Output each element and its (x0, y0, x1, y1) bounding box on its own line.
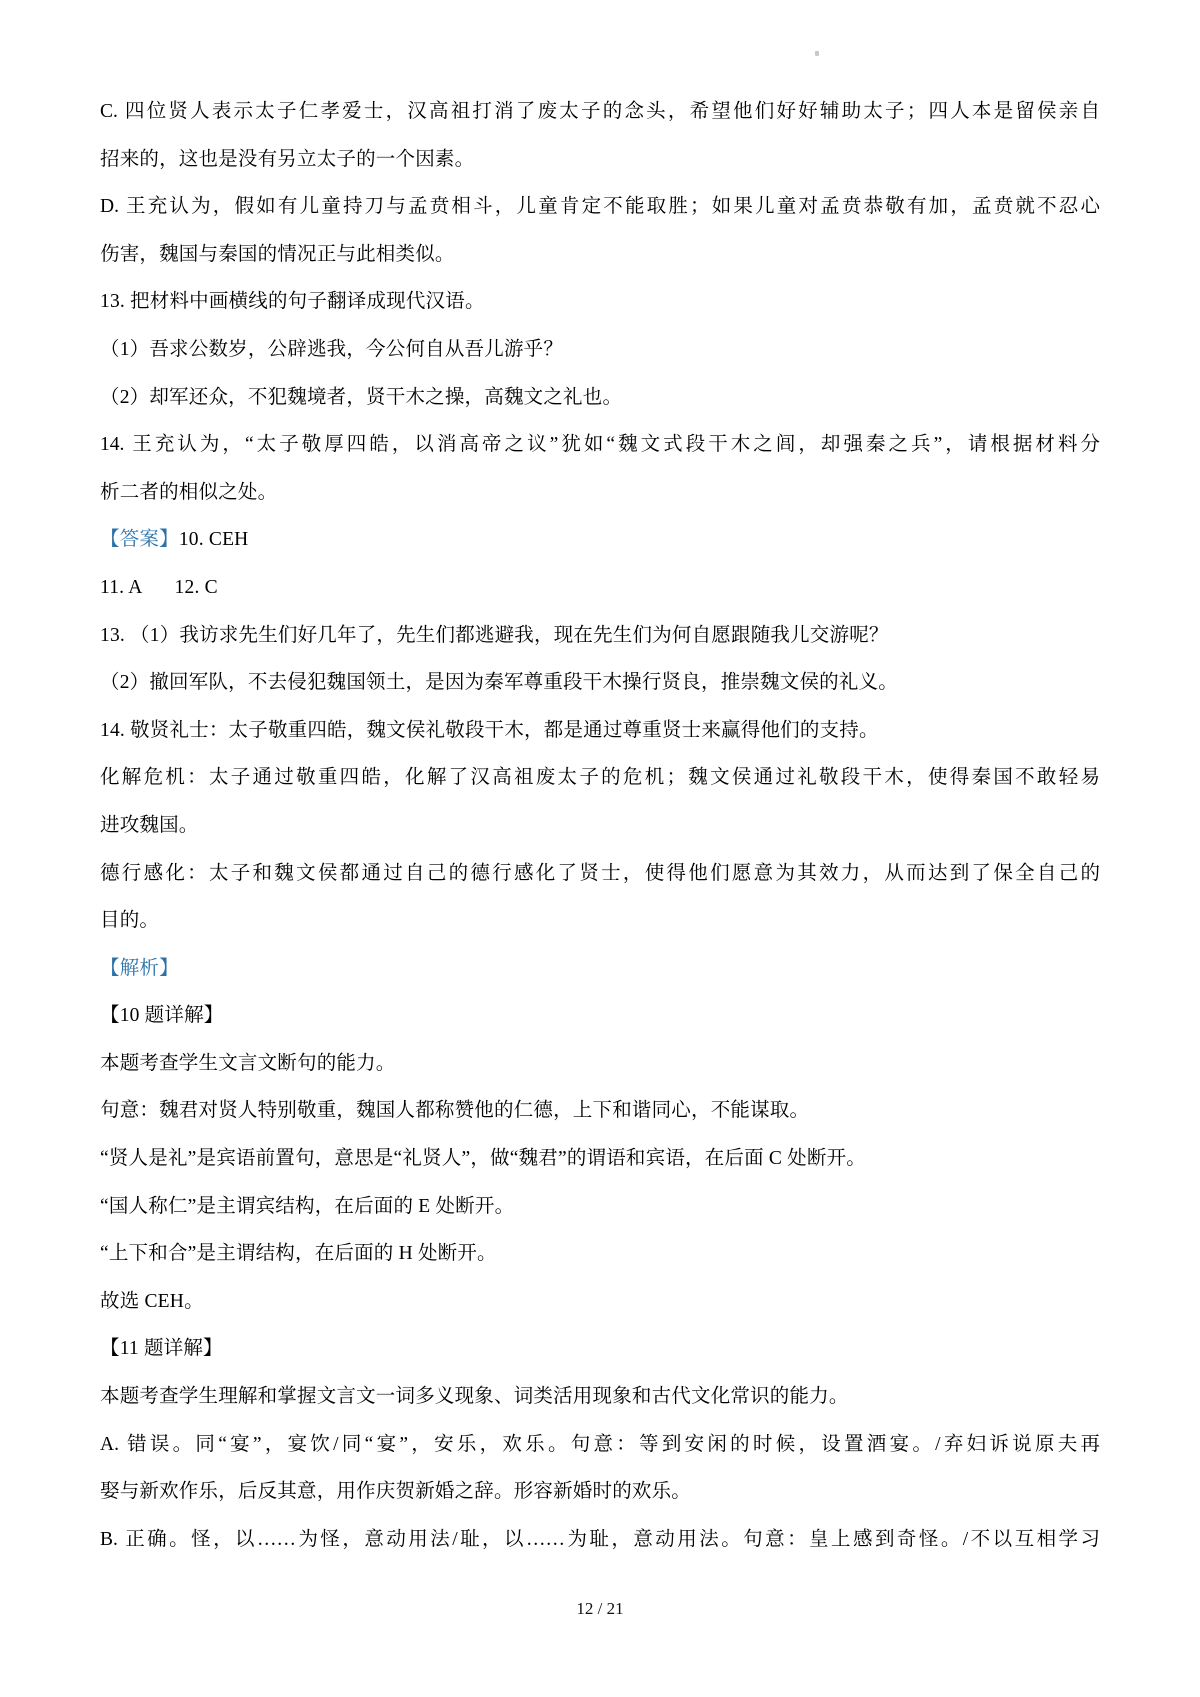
text-segment: A. 错误。同“宴”，宴饮/同“宴”，安乐，欢乐。句意：等到安闲的时候，设置酒宴… (100, 1434, 1100, 1455)
text-line: 【答案】10. CEH (100, 516, 1100, 564)
text-line: 【10 题详解】 (100, 992, 1100, 1040)
text-line: （2）却军还众，不犯魏境者，贤干木之操，高魏文之礼也。 (100, 374, 1100, 422)
text-line: 13. 把材料中画横线的句子翻译成现代汉语。 (100, 278, 1100, 326)
text-line: 伤害，魏国与秦国的情况正与此相类似。 (100, 231, 1100, 279)
text-segment: 目的。 (100, 910, 159, 931)
text-segment: 14. 王充认为，“太子敬厚四皓，以消高帝之议”犹如“魏文式段干木之闾，却强秦之… (100, 434, 1100, 455)
text-line: 招来的，这也是没有另立太子的一个因素。 (100, 136, 1100, 184)
text-segment: 招来的，这也是没有另立太子的一个因素。 (100, 149, 474, 170)
text-segment: 10. CEH (179, 529, 249, 550)
text-segment: 14. 敬贤礼士：太子敬重四皓，魏文侯礼敬段干木，都是通过尊重贤士来赢得他们的支… (100, 720, 879, 741)
text-line: “国人称仁”是主谓宾结构，在后面的 E 处断开。 (100, 1183, 1100, 1231)
text-segment: 化解危机：太子通过敬重四皓，化解了汉高祖废太子的危机；魏文侯通过礼敬段干木，使得… (100, 767, 1100, 788)
text-segment: D. 王充认为，假如有儿童持刀与孟贲相斗，儿童肯定不能取胜；如果儿童对孟贲恭敬有… (100, 196, 1100, 217)
document-page: { "page": { "footer": "12 / 21" }, "colo… (0, 0, 1200, 1697)
text-line: 娶与新欢作乐，后反其意，用作庆贺新婚之辞。形容新婚时的欢乐。 (100, 1468, 1100, 1516)
text-line: 进攻魏国。 (100, 802, 1100, 850)
text-segment: 12. C (175, 577, 218, 598)
text-segment: 伤害，魏国与秦国的情况正与此相类似。 (100, 244, 455, 265)
text-line: D. 王充认为，假如有儿童持刀与孟贲相斗，儿童肯定不能取胜；如果儿童对孟贲恭敬有… (100, 183, 1100, 231)
text-segment: 德行感化：太子和魏文侯都通过自己的德行感化了贤士，使得他们愿意为其效力，从而达到… (100, 863, 1100, 884)
text-segment: 13. （1）我访求先生们好几年了，先生们都逃避我，现在先生们为何自愿跟随我儿交… (100, 625, 889, 646)
text-line: 句意：魏君对贤人特别敬重，魏国人都称赞他的仁德，上下和谐同心，不能谋取。 (100, 1087, 1100, 1135)
text-segment: （2）却军还众，不犯魏境者，贤干木之操，高魏文之礼也。 (100, 387, 622, 408)
text-line: （2）撤回军队，不去侵犯魏国领土，是因为秦军尊重段干木操行贤良，推崇魏文侯的礼义… (100, 659, 1100, 707)
text-line: 本题考查学生理解和掌握文言文一词多义现象、词类活用现象和古代文化常识的能力。 (100, 1373, 1100, 1421)
text-segment: （1）吾求公数岁，公辟逃我，今公何自从吾儿游乎？ (100, 339, 563, 360)
text-segment: “贤人是礼”是宾语前置句，意思是“礼贤人”，做“魏君”的谓语和宾语，在后面 C … (100, 1148, 866, 1169)
text-line: 目的。 (100, 897, 1100, 945)
text-segment: C. 四位贤人表示太子仁孝爱士，汉高祖打消了废太子的念头，希望他们好好辅助太子；… (100, 101, 1100, 122)
text-line: 11. A12. C (100, 564, 1100, 612)
text-line: 德行感化：太子和魏文侯都通过自己的德行感化了贤士，使得他们愿意为其效力，从而达到… (100, 850, 1100, 898)
text-line: B. 正确。怪，以……为怪，意动用法/耻，以……为耻，意动用法。句意：皇上感到奇… (100, 1516, 1100, 1564)
text-line: “上下和合”是主谓结构，在后面的 H 处断开。 (100, 1230, 1100, 1278)
text-line: 故选 CEH。 (100, 1278, 1100, 1326)
page-number: 12 / 21 (0, 1596, 1200, 1622)
text-segment: 【11 题详解】 (100, 1338, 223, 1359)
text-line: A. 错误。同“宴”，宴饮/同“宴”，安乐，欢乐。句意：等到安闲的时候，设置酒宴… (100, 1421, 1100, 1469)
text-segment: 本题考查学生文言文断句的能力。 (100, 1053, 396, 1074)
section-label: 【答案】 (100, 529, 179, 550)
text-segment: 13. 把材料中画横线的句子翻译成现代汉语。 (100, 291, 485, 312)
text-line: 化解危机：太子通过敬重四皓，化解了汉高祖废太子的危机；魏文侯通过礼敬段干木，使得… (100, 754, 1100, 802)
text-line: 14. 敬贤礼士：太子敬重四皓，魏文侯礼敬段干木，都是通过尊重贤士来赢得他们的支… (100, 707, 1100, 755)
text-line: “贤人是礼”是宾语前置句，意思是“礼贤人”，做“魏君”的谓语和宾语，在后面 C … (100, 1135, 1100, 1183)
section-label: 【解析】 (100, 958, 179, 979)
text-segment: 【10 题详解】 (100, 1005, 223, 1026)
text-segment: （2）撤回军队，不去侵犯魏国领土，是因为秦军尊重段干木操行贤良，推崇魏文侯的礼义… (100, 672, 898, 693)
text-line: 14. 王充认为，“太子敬厚四皓，以消高帝之议”犹如“魏文式段干木之闾，却强秦之… (100, 421, 1100, 469)
text-line: 13. （1）我访求先生们好几年了，先生们都逃避我，现在先生们为何自愿跟随我儿交… (100, 612, 1100, 660)
text-segment: B. 正确。怪，以……为怪，意动用法/耻，以……为耻，意动用法。句意：皇上感到奇… (100, 1529, 1100, 1550)
text-line: C. 四位贤人表示太子仁孝爱士，汉高祖打消了废太子的念头，希望他们好好辅助太子；… (100, 88, 1100, 136)
text-segment: 析二者的相似之处。 (100, 482, 277, 503)
text-segment: “国人称仁”是主谓宾结构，在后面的 E 处断开。 (100, 1196, 514, 1217)
text-line: （1）吾求公数岁，公辟逃我，今公何自从吾儿游乎？ (100, 326, 1100, 374)
text-segment: 故选 CEH。 (100, 1291, 204, 1312)
text-line: 析二者的相似之处。 (100, 469, 1100, 517)
text-line: 本题考查学生文言文断句的能力。 (100, 1040, 1100, 1088)
text-segment: 进攻魏国。 (100, 815, 199, 836)
document-text-block: C. 四位贤人表示太子仁孝爱士，汉高祖打消了废太子的念头，希望他们好好辅助太子；… (100, 88, 1100, 1563)
text-segment: 句意：魏君对贤人特别敬重，魏国人都称赞他的仁德，上下和谐同心，不能谋取。 (100, 1100, 809, 1121)
text-line: 【解析】 (100, 945, 1100, 993)
text-segment: “上下和合”是主谓结构，在后面的 H 处断开。 (100, 1243, 497, 1264)
text-segment: 娶与新欢作乐，后反其意，用作庆贺新婚之辞。形容新婚时的欢乐。 (100, 1481, 691, 1502)
text-segment: 本题考查学生理解和掌握文言文一词多义现象、词类活用现象和古代文化常识的能力。 (100, 1386, 849, 1407)
stray-mark-dot (815, 51, 819, 56)
text-line: 【11 题详解】 (100, 1325, 1100, 1373)
text-segment: 11. A (100, 577, 143, 598)
